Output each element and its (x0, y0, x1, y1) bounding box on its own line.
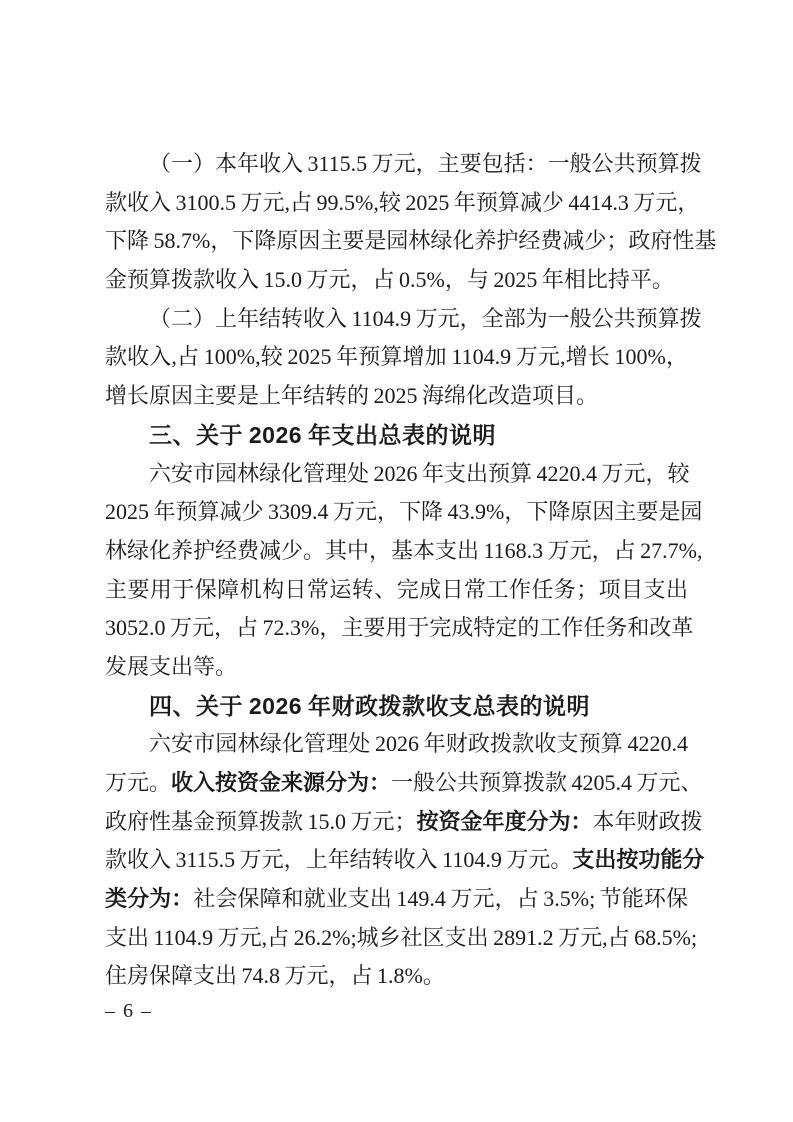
text-line: 3052.0 万元，占 72.3%，主要用于完成特定的工作任务和改革 (105, 609, 688, 648)
text-run: 款收入,占 100%,较 2025 年预算增加 1104.9 万元,增长 100… (105, 344, 688, 369)
text-run: 3052.0 万元，占 72.3%，主要用于完成特定的工作任务和改革 (105, 615, 693, 640)
text-run: 三、关于 2026 年支出总表的说明 (149, 422, 496, 448)
page-number: – 6 – (105, 999, 153, 1023)
text-run: 万元。 (105, 770, 171, 795)
text-line: 主要用于保障机构日常运转、完成日常工作任务；项目支出 (105, 571, 688, 610)
text-run: 款收入 3115.5 万元，上年结转收入 1104.9 万元。 (105, 847, 572, 872)
text-line: 六安市园林绿化管理处 2026 年财政拨款收支预算 4220.4 (105, 725, 688, 764)
text-run: 一般公共预算拨款 4205.4 万元、 (391, 770, 703, 795)
text-run: （一）本年收入 3115.5 万元，主要包括：一般公共预算拨 (149, 151, 702, 176)
text-line: 支出 1104.9 万元,占 26.2%;城乡社区支出 2891.2 万元,占 … (105, 919, 688, 958)
text-run: 发展支出等。 (105, 654, 237, 679)
text-run: 社会保障和就业支出 149.4 万元，占 3.5%; 节能环保 (193, 886, 688, 911)
text-run: 下降 58.7%，下降原因主要是园林绿化养护经费减少；政府性基 (105, 228, 716, 253)
text-line: 款收入 3100.5 万元,占 99.5%,较 2025 年预算减少 4414.… (105, 184, 688, 223)
text-line: 林绿化养护经费减少。其中，基本支出 1168.3 万元，占 27.7%, (105, 532, 688, 571)
text-run: 款收入 3100.5 万元,占 99.5%,较 2025 年预算减少 4414.… (105, 190, 699, 215)
text-line: 款收入 3115.5 万元，上年结转收入 1104.9 万元。支出按功能分 (105, 841, 688, 880)
bold-text-run: 支出按功能分 (572, 847, 704, 872)
text-run: 四、关于 2026 年财政拨款收支总表的说明 (149, 693, 590, 719)
section-heading: 三、关于 2026 年支出总表的说明 (105, 416, 688, 455)
text-run: 本年财政拨 (593, 809, 703, 834)
text-run: 增长原因主要是上年结转的 2025 海绵化改造项目。 (105, 383, 598, 408)
text-run: 政府性基金预算拨款 15.0 万元； (105, 809, 417, 834)
text-line: 增长原因主要是上年结转的 2025 海绵化改造项目。 (105, 377, 688, 416)
text-line: 类分为：社会保障和就业支出 149.4 万元，占 3.5%; 节能环保 (105, 880, 688, 919)
bold-text-run: 收入按资金来源分为： (171, 770, 391, 795)
text-run: （二）上年结转收入 1104.9 万元，全部为一般公共预算拨 (149, 306, 702, 331)
bold-text-run: 类分为： (105, 886, 193, 911)
text-line: 政府性基金预算拨款 15.0 万元；按资金年度分为：本年财政拨 (105, 803, 688, 842)
text-run: 六安市园林绿化管理处 2026 年财政拨款收支预算 4220.4 (149, 731, 688, 756)
text-run: 金预算拨款收入 15.0 万元，占 0.5%，与 2025 年相比持平。 (105, 267, 674, 292)
text-line: 万元。收入按资金来源分为：一般公共预算拨款 4205.4 万元、 (105, 764, 688, 803)
text-run: 林绿化养护经费减少。其中，基本支出 1168.3 万元，占 27.7%, (105, 538, 703, 563)
text-line: 住房保障支出 74.8 万元，占 1.8%。 (105, 957, 688, 996)
text-line: 发展支出等。 (105, 648, 688, 687)
bold-text-run: 按资金年度分为： (417, 809, 593, 834)
text-run: 六安市园林绿化管理处 2026 年支出预算 4220.4 万元，较 (149, 461, 690, 486)
text-line: 下降 58.7%，下降原因主要是园林绿化养护经费减少；政府性基 (105, 222, 688, 261)
text-run: 支出 1104.9 万元,占 26.2%;城乡社区支出 2891.2 万元,占 … (105, 925, 697, 950)
text-line: （二）上年结转收入 1104.9 万元，全部为一般公共预算拨 (105, 300, 688, 339)
text-line: 款收入,占 100%,较 2025 年预算增加 1104.9 万元,增长 100… (105, 338, 688, 377)
section-heading: 四、关于 2026 年财政拨款收支总表的说明 (105, 687, 688, 726)
document-page: （一）本年收入 3115.5 万元，主要包括：一般公共预算拨款收入 3100.5… (0, 0, 793, 1122)
text-line: （一）本年收入 3115.5 万元，主要包括：一般公共预算拨 (105, 145, 688, 184)
text-line: 金预算拨款收入 15.0 万元，占 0.5%，与 2025 年相比持平。 (105, 261, 688, 300)
text-run: 2025 年预算减少 3309.4 万元，下降 43.9%，下降原因主要是园 (105, 499, 702, 524)
page-body: （一）本年收入 3115.5 万元，主要包括：一般公共预算拨款收入 3100.5… (105, 145, 688, 996)
text-run: 住房保障支出 74.8 万元，占 1.8%。 (105, 963, 445, 988)
text-run: 主要用于保障机构日常运转、完成日常工作任务；项目支出 (105, 577, 688, 602)
text-line: 2025 年预算减少 3309.4 万元，下降 43.9%，下降原因主要是园 (105, 493, 688, 532)
text-line: 六安市园林绿化管理处 2026 年支出预算 4220.4 万元，较 (105, 455, 688, 494)
